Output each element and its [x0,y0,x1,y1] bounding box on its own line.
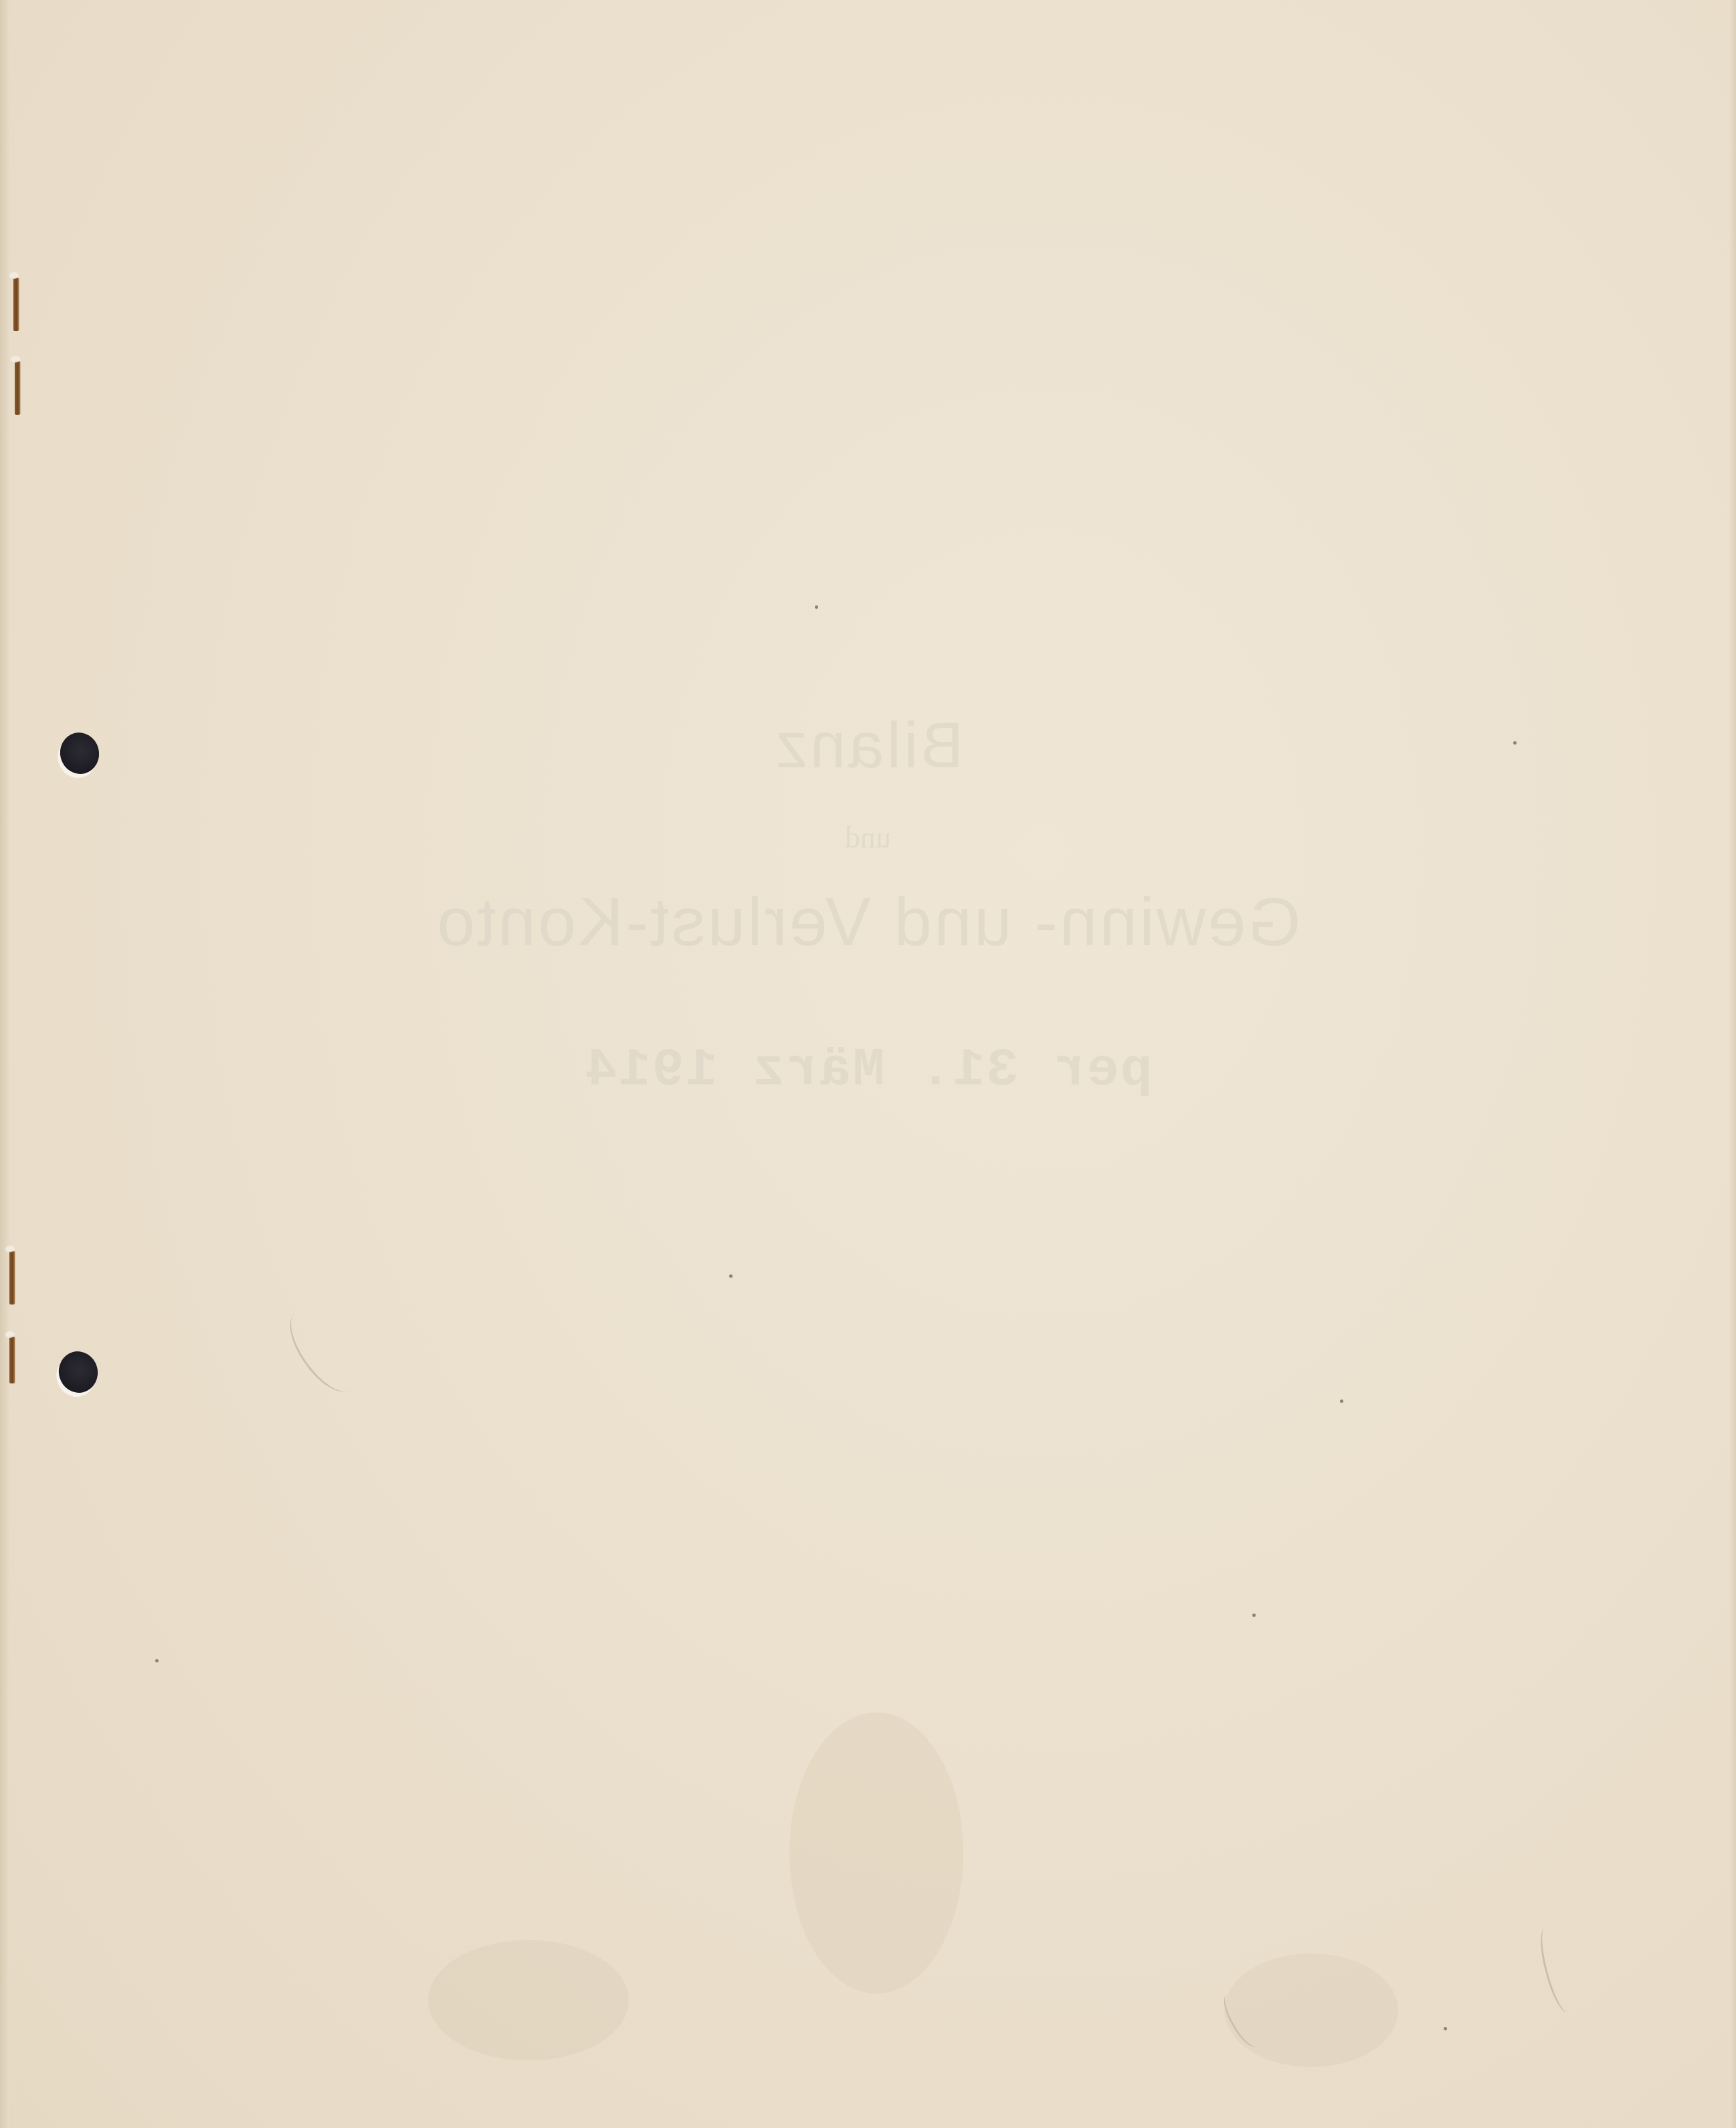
paper-speck [729,1274,733,1278]
staple-icon [13,278,19,331]
staple-icon [9,1251,15,1304]
paper-stain [428,1940,629,2060]
paper-crease [278,1301,367,1402]
paper-crease [1535,1925,1579,2015]
paper-stain [1224,1953,1398,2067]
staple-icon [9,1337,15,1383]
paper-speck [1444,2027,1447,2030]
bleed-through-subtitle: Gewinn- und Verlust-Konto [0,883,1736,961]
bleed-through-title: Bilanz [0,709,1736,783]
paper-speck [1252,1614,1256,1617]
punch-hole-icon [54,1347,102,1397]
bleed-through-conjunction: und [0,819,1736,855]
staple-icon [15,361,20,415]
paper-speck [1513,741,1517,745]
bleed-through-date: per 31. März 1914 [0,1040,1736,1101]
paper-speck [1340,1399,1343,1403]
paper-speck [155,1659,159,1662]
paper-speck [815,605,818,609]
paper-stain [789,1713,963,1994]
scanned-page: Bilanz und Gewinn- und Verlust-Konto per… [0,0,1736,2128]
